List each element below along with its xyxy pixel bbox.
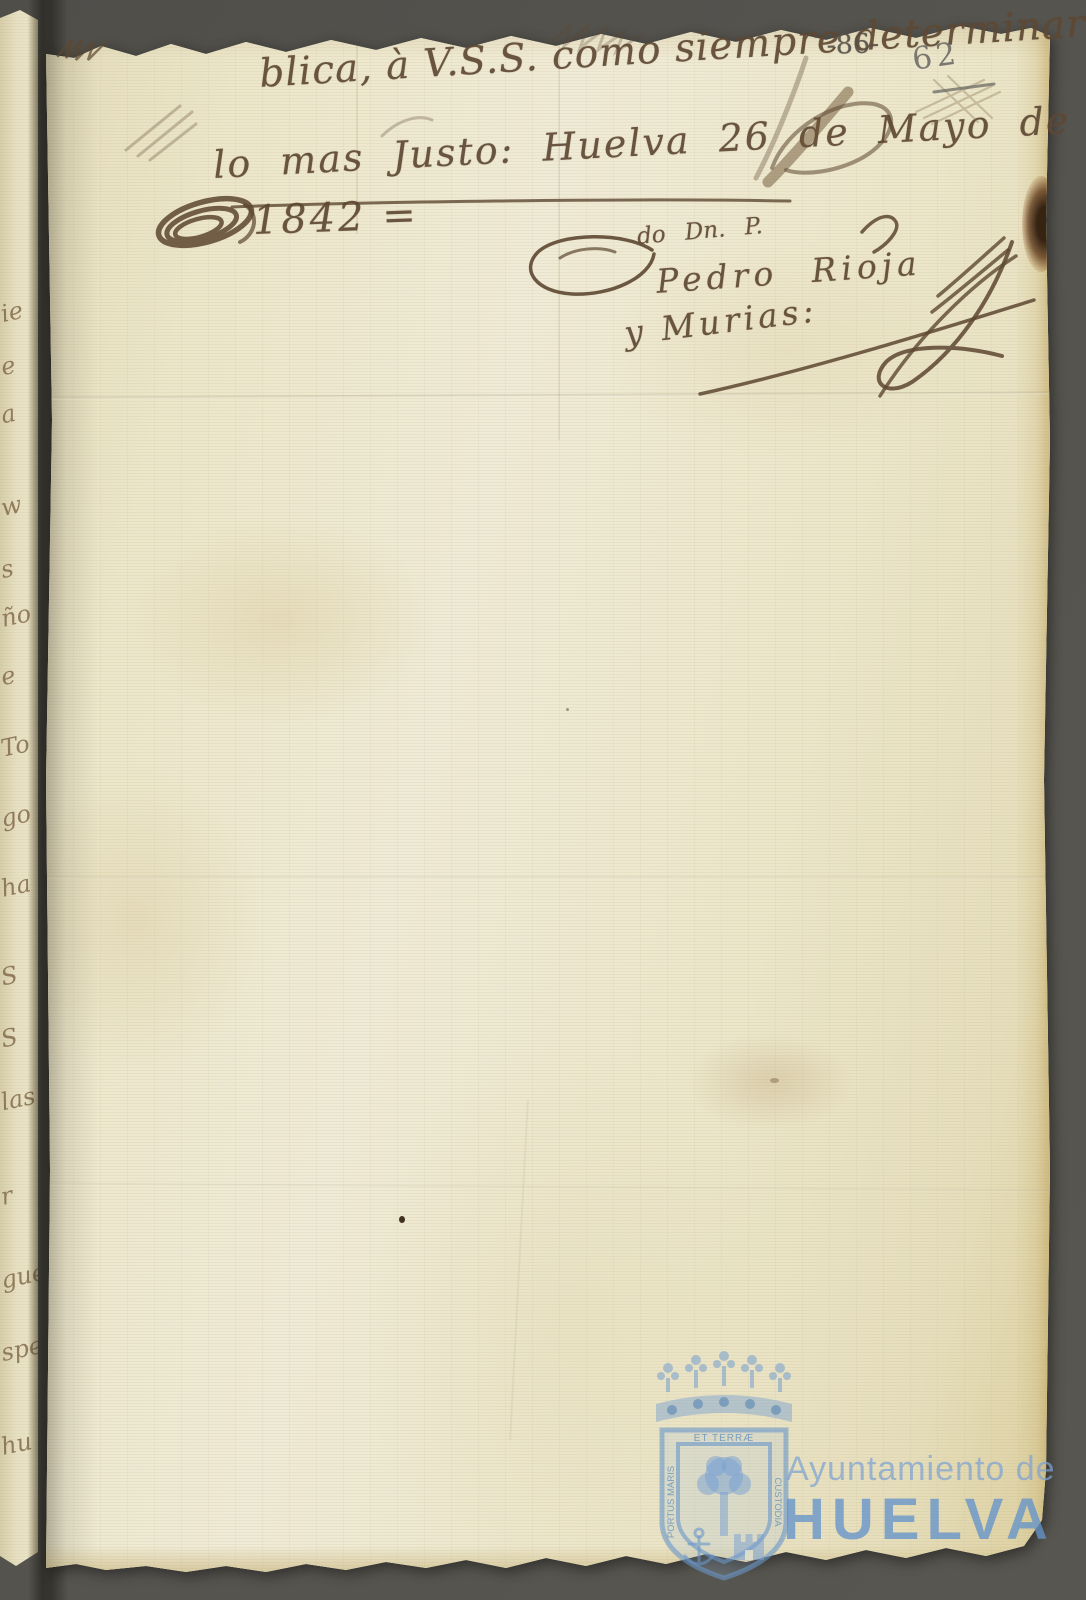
- crest-motto-left: PORTUS MARIS: [666, 1466, 677, 1538]
- adjacent-page-fragment: ie: [0, 296, 26, 328]
- crest-motto-right: CUSTODIA: [772, 1478, 783, 1528]
- ink-speck: [770, 1078, 779, 1083]
- watermark-org-name-bold: HUELVA: [783, 1486, 1055, 1553]
- fold-crease-vertical-2: [558, 20, 560, 440]
- adjacent-page-fragment: a: [0, 399, 18, 429]
- fold-crease-horizontal-3: [46, 1182, 1050, 1192]
- huelva-crest-logo: ET TERRÆ PORTUS MARIS CUSTODIA: [638, 1342, 806, 1600]
- adjacent-page-fragment: e: [0, 661, 18, 691]
- page-number-ink: -86-: [826, 28, 880, 61]
- crest-motto-top: ET TERRÆ: [694, 1433, 754, 1444]
- fold-crease-horizontal-2: [46, 876, 1050, 879]
- scan-background: { "document": { "page_number_ink": "-86-…: [0, 0, 1086, 1600]
- ink-speck: [399, 1216, 405, 1223]
- fold-crease-horizontal-1: [46, 391, 1050, 399]
- adjacent-page-fragment: S: [0, 1023, 20, 1054]
- fold-crease-vertical-3: [509, 1100, 529, 1440]
- adjacent-page-fragment: s: [0, 554, 16, 584]
- adjacent-page-fragment: r: [0, 1181, 15, 1211]
- burn-mark: [1022, 176, 1060, 272]
- adjacent-page-fragment: S: [0, 961, 20, 992]
- page-number-pencil: 62: [910, 35, 962, 77]
- crest-crown-finials: [657, 1351, 791, 1392]
- crest-castle: [734, 1534, 764, 1560]
- adjacent-page-fragment: w: [0, 490, 24, 522]
- watermark-org-name: Ayuntamiento de: [786, 1450, 1056, 1489]
- adjacent-page-fragment: e: [0, 351, 18, 381]
- manuscript-line-3: 1842 =: [252, 192, 420, 244]
- ink-speck: [566, 708, 569, 711]
